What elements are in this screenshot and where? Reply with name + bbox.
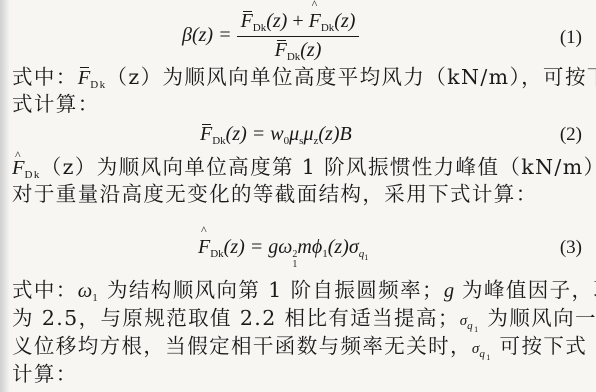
text: 为顺风向一阶广 [479,306,596,330]
mean-force-symbol: F [78,66,91,90]
eq3-sub: Dk [210,248,223,260]
eq1-peak-force: F [309,10,321,33]
text: 为峰值因子，取 [454,278,596,302]
paragraph-2-line-2: 对于重量沿高度无变化的等截面结构，采用下式计算： [12,182,538,206]
eq2-mu-s: μ [289,123,299,145]
text: 为 2.5，与原规范取值 2.2 相比有适当提高； [12,306,460,330]
text: （z）为顺风向单位高度平均风力（kN/m），可按下 [106,65,596,89]
sigma-sub: q1 [467,320,479,332]
eq1-lhs: β(z) = [182,24,232,46]
paragraph-3-line-3: 义位移均方根，当假定相干函数与频率无关时，σq1 可按下式 [12,334,587,370]
peak-force-symbol: F [12,156,25,180]
text: 可按下式 [492,334,588,358]
eq2-mu-z: μ [303,123,313,145]
sub: Dk [25,169,41,181]
equation-3-label: (3) [560,237,582,259]
eq3-phi-arg: (z) [328,236,349,258]
equation-1: β(z) = FDk(z) + FDk(z) FDk(z) [182,10,359,63]
text: 义位移均方根，当假定相干函数与频率无关时， [12,334,472,358]
eq3-force: F [198,236,210,259]
eq2-sub: Dk [212,135,225,147]
eq1-den-arg: (z) [300,39,321,61]
eq1-arg: (z) [266,10,287,32]
eq1-mean-force: F [241,10,253,33]
eq1-fraction: FDk(z) + FDk(z) FDk(z) [237,10,360,63]
paragraph-3-line-4: 计算： [12,362,78,386]
eq2-w: w [270,123,283,145]
scan-edge-shadow [0,0,10,392]
omega-symbol: ω [78,280,92,302]
equation-3: FDk(z) = gω21mϕ1(z)σq1 [198,236,368,270]
eq1-numerator: FDk(z) + FDk(z) [237,10,360,37]
eq1-sub: Dk [253,22,266,34]
g-symbol: g [444,280,454,302]
eq2-force: F [200,123,212,146]
text: （z）为顺风向单位高度第 1 阶风振惯性力峰值（kN/m）， [41,155,596,179]
equation-1-label: (1) [560,27,582,49]
eq3-sigma: σ [349,236,359,258]
eq2-arg: (z) = [226,123,271,145]
eq1-denominator: FDk(z) [275,37,322,63]
paragraph-1-line-2: 式计算： [12,92,100,116]
text: 式中： [12,278,78,302]
sub: Dk [90,79,106,91]
eq3-m-phi: mϕ [297,236,322,258]
eq1-den-force: F [275,39,287,62]
eq1-den-sub: Dk [287,51,300,63]
eq3-sigma-sub: q1 [359,248,369,260]
eq3-sigma-q-sub: 1 [364,253,368,262]
eq1-arg2: (z) [334,10,355,32]
equation-2: FDk(z) = w0μsμz(z)B [200,123,352,147]
text: 为结构顺风向第 1 阶自振圆频率； [99,278,444,302]
equation-2-label: (2) [560,124,582,146]
eq3-g: g [268,236,278,258]
eq3-omega-sub: 1 [292,260,297,270]
eq3-arg: (z) = [224,236,269,258]
text: 式中： [12,65,78,89]
eq1-sub2: Dk [321,22,334,34]
eq3-omega: ω [278,236,292,258]
eq1-plus: + [287,10,308,32]
sigma-sub: q1 [479,348,491,360]
eq2-tail: (z)B [318,123,351,145]
